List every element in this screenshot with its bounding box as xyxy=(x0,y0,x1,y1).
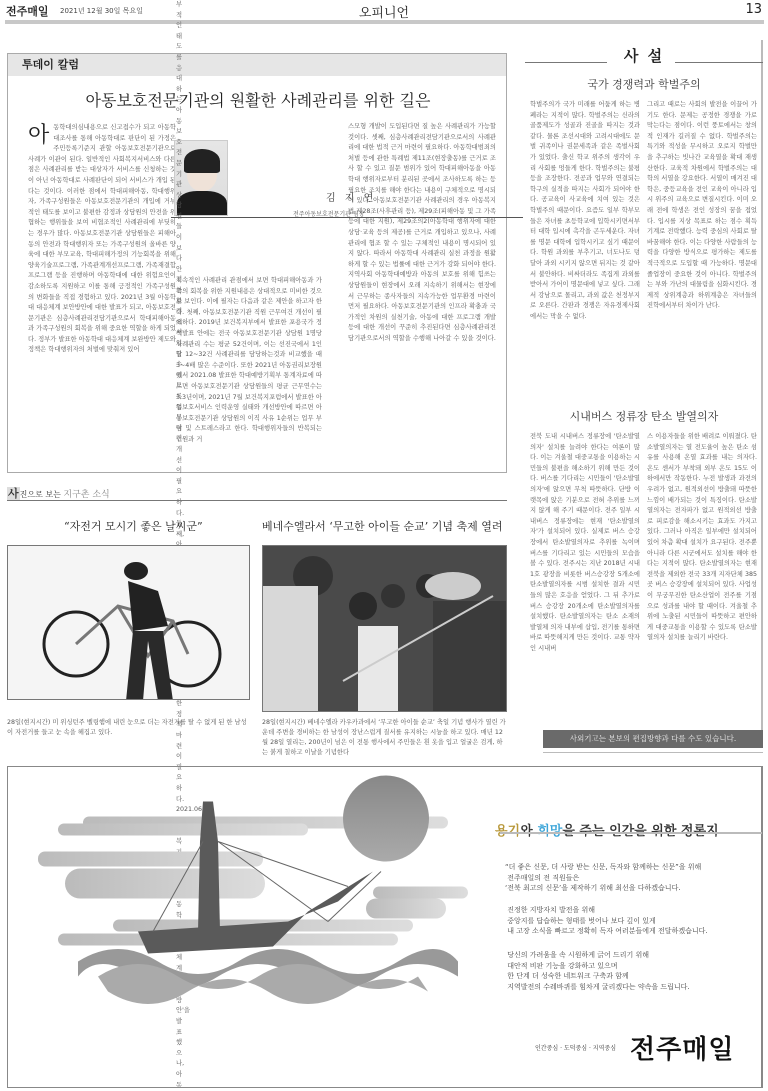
editorial-rule-right xyxy=(675,62,763,63)
ad-logo: 전주매일 xyxy=(630,1029,734,1066)
editorial-2-title: 시내버스 정류장 탄소 발열의자 xyxy=(525,408,763,424)
bicycle-photo xyxy=(7,545,250,700)
photo-2-caption: 28일(현지시간) 베네수엘라 카우카과에서 ‘무고한 아이들 순교’ 축일 기… xyxy=(262,718,507,758)
ad-paragraph-2: 진정한 지방자치 발전을 위해 중앙지를 답습하는 형태를 벗어나 보다 깊이 … xyxy=(505,905,708,937)
ad-slogan: 인간중심 · 도덕중심 · 지역중심 xyxy=(535,1043,616,1052)
drop-cap: 아 xyxy=(28,125,49,147)
column-text-1: 아동학대의심내용으로 신고접수가 되고 아동학대조사를 통해 아동학대로 판단이… xyxy=(28,123,176,356)
column-text-2: 지속적인 사례관리 관점에서 보면 학대피해아동과 가족의 회복을 위한 지원내… xyxy=(176,276,322,446)
editorial-1-col-right: 그리고 때로는 사회의 발전을 이끌어 가기도 한다. 문제는 공정한 경쟁을 … xyxy=(647,100,757,312)
column-tab-label: 투데이 칼럼 xyxy=(8,54,506,76)
ad-paragraph-1: “더 좋은 신문, 더 사랑 받는 신문, 독자와 함께하는 신문”을 위해 전… xyxy=(505,862,701,894)
header-divider xyxy=(5,20,764,24)
ad-title: 용기와 희망을 주는 인간을 위한 정론지 xyxy=(495,820,719,839)
festival-photo xyxy=(262,545,507,712)
column-body-right: 스모형 개발이 도입된다면 질 높은 사례관리가 가능할 것이다. 셋째, 심층… xyxy=(348,122,496,344)
section-title: 오피니언 xyxy=(0,2,768,21)
sailboat-illustration xyxy=(8,767,488,1087)
ad-paragraph-3: 당신의 가려움을 속 시원하게 긁어 드리기 위해 대안적 비판 기능을 강화하… xyxy=(505,950,690,992)
photo-1-title: “자전거 모시기 좋은 날씨군” xyxy=(64,518,203,534)
editorial-1-col-left: 학벌주의가 국가 미래를 어둡게 하는 병폐라는 지적이 많다. 학벌주의는 신… xyxy=(530,100,640,322)
author-photo xyxy=(174,140,228,216)
photo-2-title: 베네수엘라서 ‘무고한 아이들 순교’ 기념 축제 열려 xyxy=(262,518,503,534)
editorial-2-col-right: 스 이용자들을 위한 배려로 이뤄졌다. 탄소발열의자는 열 전도율이 높은 탄… xyxy=(647,432,757,644)
page-number: 13 xyxy=(745,2,762,17)
ad-divider xyxy=(500,832,762,834)
page-header: 전주매일 2021년 12월 30일 목요일 오피니언 13 xyxy=(0,0,768,22)
column-title: 아동보호전문기관의 원활한 사례관리를 위한 길은 xyxy=(8,88,508,111)
editorial-2-col-left: 전북 도내 시내버스 정류장에 '탄소발열의자' 설치를 늘려야 한다는 여론이… xyxy=(530,432,640,654)
photo-news-divider xyxy=(7,500,507,501)
editorial-1-title: 국가 경쟁력과 학벌주의 xyxy=(525,76,763,92)
photo-1-caption: 28일(현지시간) 미 위싱턴주 벨링햄에 내린 눈으로 더는 자전거를 탈 수… xyxy=(7,718,252,738)
editorial-section: 사 설 국가 경쟁력과 학벌주의 학벌주의가 국가 미래를 어둡게 하는 병폐라… xyxy=(525,40,763,730)
disclaimer-divider xyxy=(543,752,763,753)
photo-news-label: 사진으로 보는 지구촌 소식 xyxy=(7,485,110,501)
disclaimer-banner: 사외기고는 본보의 편집방향과 다를 수도 있습니다. xyxy=(543,730,763,748)
